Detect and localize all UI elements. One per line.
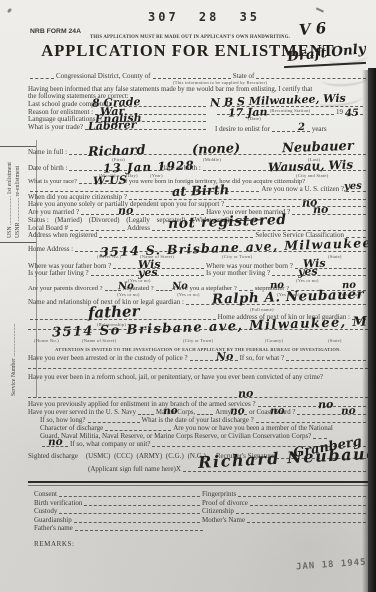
margin-guide-line (36, 140, 37, 398)
usn-enlistment-label: USN .................... 1st enlistment (6, 162, 14, 238)
fbi-notice: ATTENTION IS INVITED TO THE INVESTIGATIO… (28, 347, 368, 352)
dots (84, 499, 200, 506)
hw-army-answer: no (270, 405, 285, 418)
city-sub-label: (City or Town) (183, 338, 213, 343)
dots (238, 490, 366, 497)
hw-relationship: father (88, 302, 140, 322)
hw-enlist-years: 2 (298, 122, 305, 133)
pen-tick-mark (316, 7, 324, 12)
dots (75, 524, 203, 531)
home-address-label: Home Address : (28, 245, 73, 253)
hw-reform-answer: no (238, 387, 254, 401)
dots (59, 490, 200, 497)
dots (156, 284, 172, 291)
mother-living-question: Is your mother living ? (206, 269, 270, 277)
fathers-name-label: Father's name (34, 524, 73, 532)
remarks-label: REMARKS: (34, 540, 75, 548)
dots (272, 269, 366, 276)
state-sub-label: (State) (328, 338, 342, 343)
handwriting-notice: THIS APPLICATION MUST BE MADE OUT IN APP… (80, 35, 300, 40)
hw-last-name: Neubauer (282, 139, 354, 156)
hw-father-living: yes (138, 266, 158, 280)
received-date-stamp: JAN 18 1945 (296, 558, 367, 573)
form-number: NRB FORM 24A (30, 28, 81, 35)
dots (236, 507, 366, 514)
dots (250, 499, 366, 506)
hw-arrested-answer: No (216, 350, 234, 364)
hw-member-answer: no (48, 436, 63, 449)
father-living-question: Is your father living ? (28, 269, 89, 277)
dots (74, 516, 200, 523)
margin-bracket-line (0, 242, 36, 243)
hw-applied-answer: no (318, 398, 334, 412)
dots (153, 72, 231, 79)
district-label: Congressional District, County of (56, 72, 151, 80)
dots (286, 354, 366, 361)
hw-marine-answer: no (230, 405, 245, 418)
dots (88, 416, 140, 423)
hw-date: 17 Jan (228, 105, 268, 119)
dots (256, 72, 366, 79)
trade-label: What is your trade? (28, 123, 83, 131)
registered-label: Address when registered (28, 231, 97, 239)
hw-year: 45 (345, 108, 359, 119)
district-sub-label: (This information to be supplied by Recr… (130, 80, 310, 85)
dots (197, 408, 213, 415)
margin-service-number: Service Number ....................... (10, 323, 18, 396)
hw-ever-married-answer: no (313, 203, 329, 217)
middle-sub-label: (Middle) (203, 157, 221, 162)
hw-citizen-answer: yes (344, 181, 362, 193)
scanned-enlistment-form: 307 28 35 NRB FORM 24A THIS APPLICATION … (0, 0, 376, 592)
certify-text-line1: Having been informed that any false stat… (28, 86, 312, 93)
district-line: Congressional District, County of State … (28, 71, 368, 80)
hw-middle-name: (none) (192, 141, 241, 158)
enlist-years-row: I desire to enlist for years (215, 124, 365, 133)
arrested-question: Have you ever been arrested or in the cu… (28, 354, 188, 362)
parents-divorced-question: Are your parents divorced ? (28, 285, 103, 292)
v6-code-annotation: V 6 (298, 19, 327, 39)
hw-coast-answer: no (341, 405, 356, 418)
state-of-label: State of (233, 72, 255, 80)
hw-navy-answer: no (163, 405, 178, 418)
mother-living-half: Is your mother living ? (206, 269, 368, 277)
years-suffix: years (312, 125, 327, 133)
dots (81, 208, 204, 215)
serial-number-stamp: 307 28 35 (148, 10, 260, 24)
county-sub-label: (County) (265, 338, 283, 343)
dots (247, 516, 366, 523)
name-label: Name in full : (28, 148, 67, 156)
dots (99, 231, 253, 238)
hw-trade: Laborer (88, 118, 137, 133)
hw-mother-living: yes (298, 265, 318, 279)
section-divider (28, 485, 372, 486)
margin-bracket-line (0, 146, 36, 147)
margin-usn-block: USN .................... 1st enlistment … (6, 162, 22, 238)
for-what-question: If so, for what ? (240, 354, 285, 362)
year-printed: 19 (336, 108, 343, 116)
usnr-reenlistment-label: USNR ................ re-enlistment (14, 162, 22, 238)
hw-place-of-birth: Wausau, Wis (268, 158, 354, 175)
hw-separated-answer: No (172, 281, 188, 293)
hw-married-answer: no (118, 204, 134, 218)
father-living-half: Is your father living ? (28, 269, 206, 277)
dots (59, 507, 200, 514)
desire-label: I desire to enlist for (215, 125, 270, 133)
state-sub-label: (State) (328, 254, 342, 259)
reform-school-question: Have you ever been in a reform school, j… (28, 374, 323, 381)
section-divider (28, 481, 372, 483)
applicant-sign-label: (Applicant sign full name here)X (88, 465, 181, 473)
hw-first-name: Richard (88, 143, 146, 160)
company-question: If so, what company or unit? (70, 440, 150, 448)
checklist-row: Father's name (34, 523, 368, 532)
sighted-discharge-label: Sighted discharge (28, 452, 78, 460)
answer-line (28, 368, 368, 369)
scan-edge-shadow (362, 70, 368, 592)
dots (138, 408, 154, 415)
dots (313, 432, 327, 439)
hw-acquired-citizenship: at Birth (172, 183, 230, 200)
arrested-row: Have you ever been arrested or in the cu… (28, 353, 368, 362)
dots (30, 72, 54, 79)
sighted-options: (USMC) (CCC) (ARMY) (C.G.) (N.G.) (86, 452, 206, 460)
ink-speck (7, 8, 13, 14)
hw-divorced-answer: No (118, 281, 134, 293)
scan-edge-strip (368, 68, 376, 592)
dob-label: Date of birth : (28, 164, 67, 172)
hw-race: W-US (93, 173, 127, 187)
dots (105, 424, 171, 431)
